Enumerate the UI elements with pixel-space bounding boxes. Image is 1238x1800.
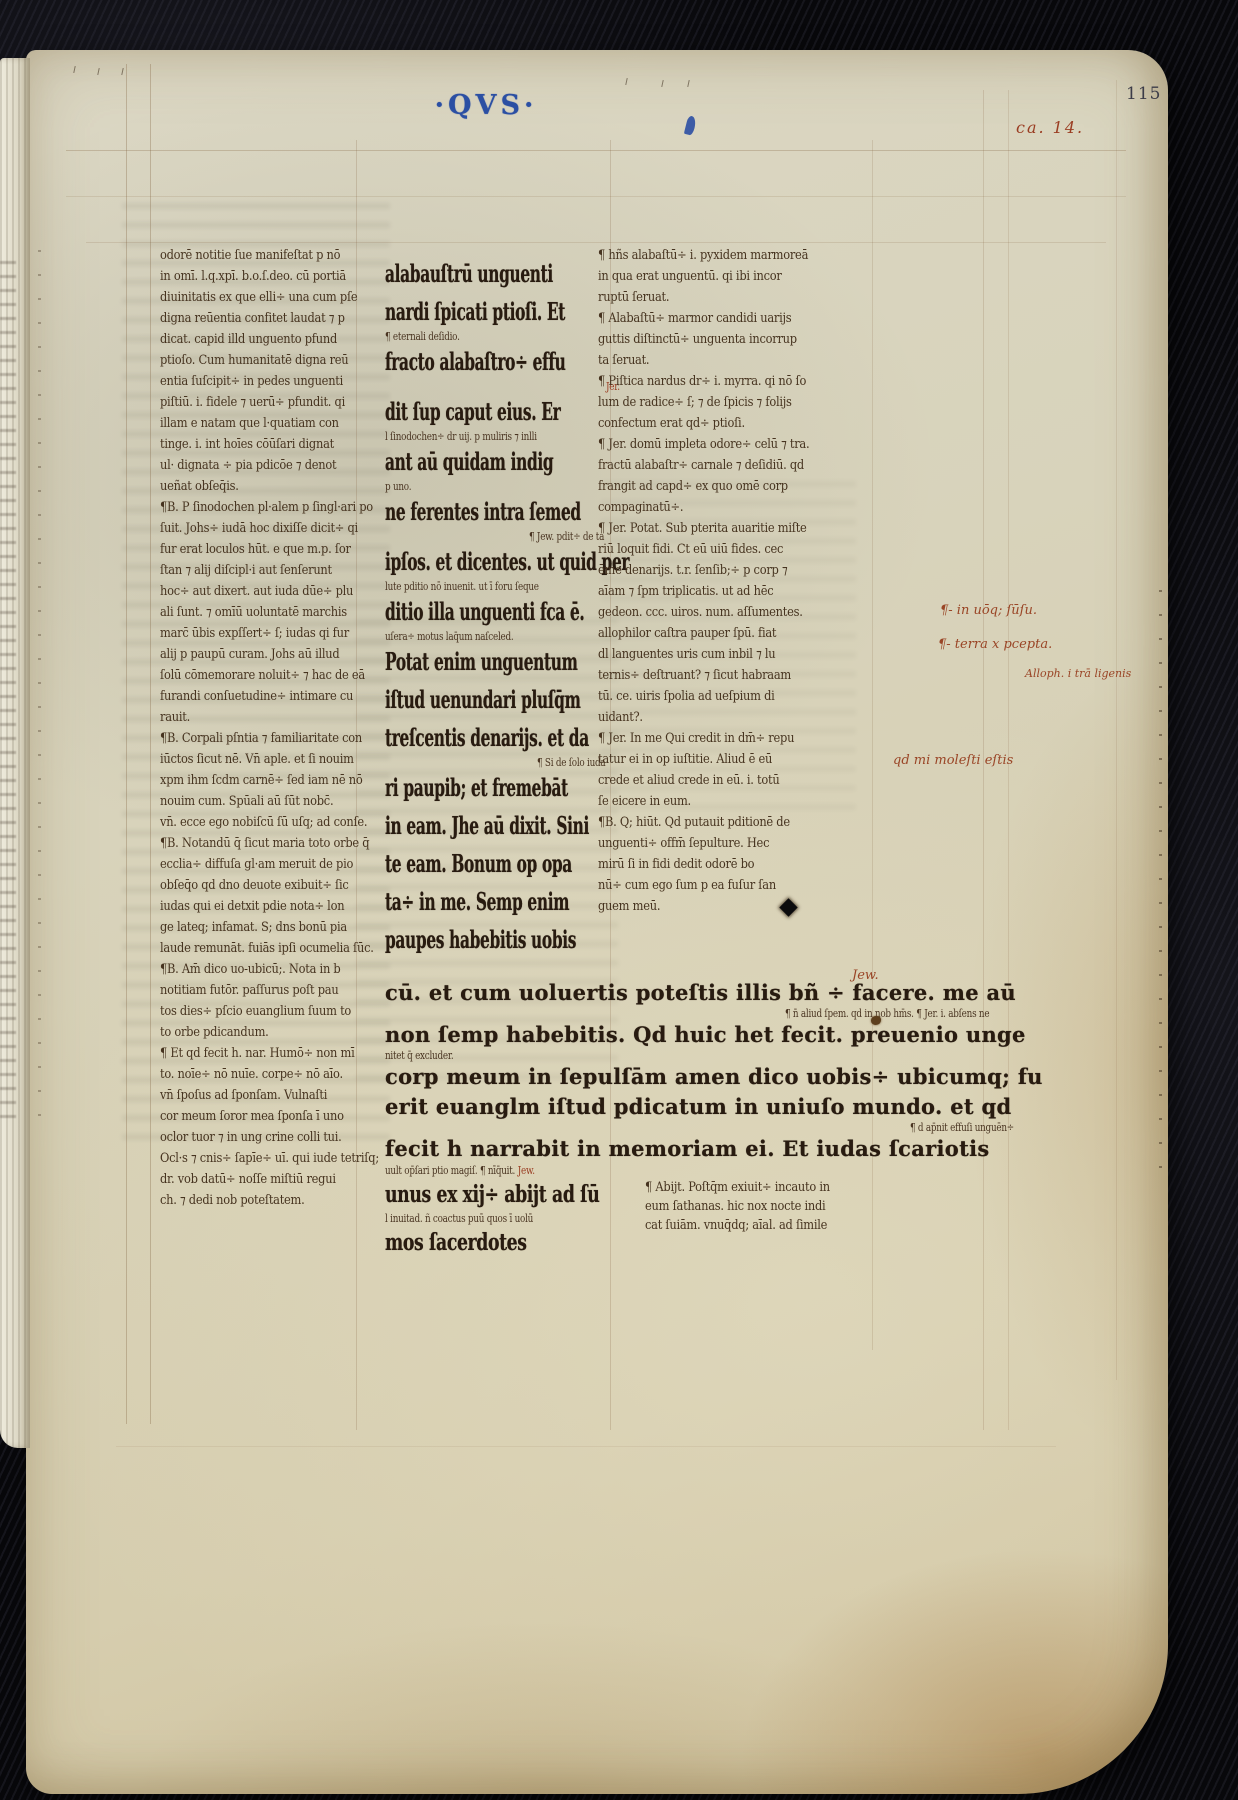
gloss-line: crede et aliud crede in eū. i. totū [598, 770, 848, 791]
ruling-line [150, 64, 151, 1424]
gloss-line: in omī. l.q.xpī. b.o.ſ.deo. cū portiā [160, 266, 388, 287]
interlinear-gloss: ¶ eternali deſidio. [385, 331, 623, 343]
parchment-page: ·qvs· 115 ca. 14. odorē notitie ſue mani… [26, 50, 1168, 1794]
gloss-line: riū loquit fidi. Ct eū uiū fides. cec [598, 539, 848, 560]
main-text-row: lute pditio nō inuenit. ut ī foru ſeque … [385, 581, 623, 631]
bible-text-line: Potat enim unguentum [385, 643, 623, 681]
gloss-line: dr. vob datū÷ noſſe miſtiū regui [160, 1169, 388, 1190]
gloss-line: dicat. capid illd unguento pfund [160, 329, 388, 350]
gloss-line: ¶B. Am̄ dico uo-ubicū;. Nota in b [160, 959, 388, 980]
gloss-line: oclor tuor ⁊ in ung crine colli tui. [160, 1127, 388, 1148]
gloss-line: ¶ Piſtica nardus dr÷ i. myrra. qi nō ſo [598, 371, 848, 392]
gloss-line: ali ſunt. ⁊ omīū uoluntatē marchis [160, 602, 388, 623]
gloss-line: illam e natam que l·quatiam con [160, 413, 388, 434]
interlinear-gloss: Jer. [385, 381, 623, 393]
gloss-line: vn̄ ſpoſus ad ſponſam. Vulnaſti [160, 1085, 388, 1106]
gloss-line: ēme denarijs. t.r. ſenſib;÷ p corp ⁊ [598, 560, 848, 581]
wide-text-row: ¶ d ap̄nit effuſi unguēn÷ fecit h narrab… [385, 1122, 1040, 1164]
gloss-line: hoc÷ aut dixert. aut iuda dūe÷ plu [160, 581, 388, 602]
interlinear-gloss: lute pditio nō inuenit. ut ī foru ſeque [385, 581, 623, 593]
gloss-line: ruptū ſeruat. [598, 287, 848, 308]
gloss-line: ¶ Jer. In me Qui credit in dm̄÷ repu [598, 728, 848, 749]
gloss-line: ſtan ⁊ alij diſcipl·i aut ſenſerunt [160, 560, 388, 581]
gloss-line: to orbe pdicandum. [160, 1022, 388, 1043]
gloss-line: odorē notitie ſue manifeſtat p nō [160, 245, 388, 266]
gloss-line: ecclia÷ diffuſa gl·am meruit de pio [160, 854, 388, 875]
gloss-line: ¶ Jer. domū impleta odore÷ celū ⁊ tra. [598, 434, 848, 455]
main-text-row: ta÷ in me. Semp enim [385, 883, 623, 921]
gloss-line: obſeq̄o qd dno deuote exibuit÷ ſic [160, 875, 388, 896]
gloss-line: allophilor caſtra pauper ſpū. fiat [598, 623, 848, 644]
gloss-line: iudas qui ei detxit pdie nota÷ lon [160, 896, 388, 917]
gloss-line: ul· dignata ÷ pia pdicōe ⁊ denot [160, 455, 388, 476]
gloss-line: ¶ hñs alabaſtū÷ i. pyxidem marmoreā [598, 245, 848, 266]
ruling-tick [661, 80, 663, 87]
wide-text-row: ¶ n̄ aliud ſpem. qd in nob hm̄s. ¶ Jer. … [385, 1008, 1040, 1050]
gloss-line: laude remunāt. fuiās ipſi ocumelia ſūc. [160, 938, 388, 959]
gloss-line: ſe eicere in eum. [598, 791, 848, 812]
gloss-line: tos dies÷ pſcio euanglium ſuum to [160, 1001, 388, 1022]
gloss-line: uidant?. [598, 707, 848, 728]
chapter-mark: ca. 14. [1016, 118, 1084, 137]
interlinear-gloss: p uno. [385, 481, 623, 493]
margin-note: ¶- in uōq; ſūſu. [940, 603, 1037, 618]
gloss-line: guem meū. [598, 896, 848, 917]
blue-paraph-mark [684, 115, 697, 136]
gloss-line: ta ſeruat. [598, 350, 848, 371]
gloss-line: guttis diſtinctū÷ unguenta incorrup [598, 329, 848, 350]
bible-text-line: dit ſup caput eius. Er [385, 393, 623, 431]
ruling-tick [121, 68, 123, 75]
interlinear-gloss: ¶ Si de ſolo iuda [385, 757, 623, 769]
gloss-line: iūctos ſicut nē. Vn̄ aple. et ſi nouim [160, 749, 388, 770]
main-text-row: in eam. Jhe aū dixit. Sini [385, 807, 623, 845]
gloss-line: dl languentes uris cum inbil ⁊ lu [598, 644, 848, 665]
gloss-line: vn̄. ecce ego nobiſcū ſū uſq; ad conſe. [160, 812, 388, 833]
gloss-line: ge lateq; infamat. S; dns bonū pia [160, 917, 388, 938]
bottom-text-row: uult op̄ſari ptio magiſ. ¶ nīq̄uit. Jew.… [385, 1165, 645, 1213]
main-text-row: p uno. ne ferentes intra ſemed [385, 481, 623, 531]
interlinear-gloss: nitet q̄ excluder. [385, 1050, 1040, 1062]
gloss-line: tatur ei in op iuſtitie. Aliud ē eū [598, 749, 848, 770]
ruling-tick [73, 66, 75, 73]
ruling-tick [687, 80, 689, 87]
bible-text-line: fecit h narrabit in memoriam ei. Et iuda… [385, 1134, 1040, 1164]
gloss-line: piſtiū. i. fidele ⁊ uerū÷ pfundit. qi [160, 392, 388, 413]
bible-text-line: iſtud uenundari pluſq̄m [385, 681, 623, 719]
main-text-row: alabauſtrū unguenti [385, 255, 623, 293]
gloss-line: to. noīe÷ nō nuīe. corpe÷ nō aīo. [160, 1064, 388, 1085]
gloss-line: alij p paupū curam. Johs aū illud [160, 644, 388, 665]
main-text-row: ¶ Si de ſolo iuda ri paupib; et fremebāt [385, 757, 623, 807]
gloss-line: unguenti÷ offm̄ ſepulture. Hec [598, 833, 848, 854]
gloss-line: confectum erat qd÷ ptioſi. [598, 413, 848, 434]
gloss-line: marc̄ ūbis expſſert÷ ſ; iudas qi fur [160, 623, 388, 644]
bottom-right-gloss: ¶ Abijt. Poſtq̄m exiuit÷ incauto ineum ſ… [645, 1178, 1015, 1235]
ruling-line [872, 140, 873, 1350]
interlinear-gloss: l ſinodochen÷ dr uij. p muliris ⁊ inlli [385, 431, 623, 443]
margin-note: Alloph. i trā ligenis [1025, 667, 1131, 680]
margin-note: ¶- terra x pcepta. [938, 637, 1052, 652]
interlinear-gloss: ¶ n̄ aliud ſpem. qd in nob hm̄s. ¶ Jer. … [385, 1008, 1040, 1020]
bible-text-line: corp meum in ſepulſām amen dico uobis÷ u… [385, 1062, 1040, 1092]
ruling-tick [625, 78, 627, 85]
gloss-line: ſolū cōmemorare noluit÷ ⁊ hac de eā [160, 665, 388, 686]
bible-text-line: cū. et cum uoluertis poteſtis illis bñ ÷… [385, 978, 1040, 1008]
gloss-line: ¶ Abijt. Poſtq̄m exiuit÷ incauto in [645, 1178, 1015, 1197]
pricking-holes [1159, 590, 1162, 1170]
ruling-line [1116, 80, 1117, 1380]
photograph-of-manuscript: { "header": { "running_title": "·qvs·", … [0, 0, 1238, 1800]
gloss-line: ¶ Alabaſtū÷ marmor candidi uarijs [598, 308, 848, 329]
margin-note: qd mi moleſti eſtis [893, 753, 1013, 768]
ruling-line [66, 150, 1126, 151]
bible-text-line: ri paupib; et fremebāt [385, 769, 623, 807]
gloss-line: ¶ Et qd fecit h. nar. Humō÷ non mī [160, 1043, 388, 1064]
bible-text-line: ditio illa unguenti fca ē. [385, 593, 623, 631]
bottom-text-row: l inuitad. ñ coactus puū quos ī uolū mos… [385, 1213, 645, 1261]
interlinear-gloss: l inuitad. ñ coactus puū quos ī uolū [385, 1213, 645, 1225]
gloss-line: ¶B. P ſinodochen pl·alem p ſingl·ari po [160, 497, 388, 518]
main-text-row: treſcentis denarijs. et da [385, 719, 623, 757]
gloss-line: furandi conſuetudine÷ intimare cu [160, 686, 388, 707]
book-leaf-edges [0, 58, 30, 1448]
bible-text-line: in eam. Jhe aū dixit. Sini [385, 807, 623, 845]
bible-text-line: ne ferentes intra ſemed [385, 493, 623, 531]
bible-text-line: erit euanglm iſtud pdicatum in uniuſo mu… [385, 1092, 1040, 1122]
gloss-line: ¶B. Corpali pſntia ⁊ familiaritate con [160, 728, 388, 749]
main-text-row: paupes habebitis uobis [385, 921, 623, 959]
gloss-line: rauit. [160, 707, 388, 728]
gloss-line: entia ſuſcipit÷ in pedes unguenti [160, 371, 388, 392]
gloss-line: compaginatū÷. [598, 497, 848, 518]
main-text-row: te eam. Bonum op opa [385, 845, 623, 883]
bible-text-line: ta÷ in me. Semp enim [385, 883, 623, 921]
gloss-line: aīam ⁊ ſpm triplicatis. ut ad hēc [598, 581, 848, 602]
interlinear-gloss: ¶ Jew. pdit÷ de ta [385, 531, 623, 543]
gloss-line: gedeon. ccc. uiros. num. aſſumentes. [598, 602, 848, 623]
bible-text-line: paupes habebitis uobis [385, 921, 623, 959]
bible-text-line: fracto alabaſtro÷ effu [385, 343, 623, 381]
gloss-line: fractū alabaſtr÷ carnale ⁊ deſidiū. qd [598, 455, 848, 476]
main-text-row: uſera÷ motus laq̄um naſceled. Potat enim… [385, 631, 623, 681]
main-text-column: alabauſtrū unguenti nardi ſpicati ptioſi… [385, 255, 623, 959]
gloss-line: tinge. i. int hoīes cōūſari dignat [160, 434, 388, 455]
gloss-line: fur erat loculos hūt. e que m.p. ſor [160, 539, 388, 560]
gloss-line: nouim cum. Spūali aū ſūt nobc̄. [160, 791, 388, 812]
gloss-line: nū÷ cum ego ſum p ea fuſur ſan [598, 875, 848, 896]
gloss-line: notitiam futōr. paſſurus poſt pau [160, 980, 388, 1001]
ruling-line [126, 64, 127, 1424]
gloss-line: ch. ⁊ dedi nob poteſtatem. [160, 1190, 388, 1211]
interlinear-gloss: uſera÷ motus laq̄um naſceled. [385, 631, 623, 643]
gloss-line: ternis÷ deſtruant? ⁊ ſicut habraam [598, 665, 848, 686]
gloss-line: ¶ Jer. Potat. Sub pterita auaritie miſte [598, 518, 848, 539]
margin-note: Jew. [852, 968, 879, 983]
bible-text-line: treſcentis denarijs. et da [385, 719, 623, 757]
gloss-line: diuinitatis ex que elli÷ una cum pſe [160, 287, 388, 308]
gloss-line: Ocl·s ⁊ cnis÷ ſapīe÷ uī. qui iude tetriſ… [160, 1148, 388, 1169]
bible-text-line: te eam. Bonum op opa [385, 845, 623, 883]
bottom-text-block: uult op̄ſari ptio magiſ. ¶ nīq̄uit. Jew.… [385, 1165, 645, 1261]
gloss-line: mirū ſi in fidi dedit odorē bo [598, 854, 848, 875]
pricking-holes [38, 250, 41, 1130]
ruling-line [116, 1446, 1056, 1447]
main-text-row: Jer. dit ſup caput eius. Er [385, 381, 623, 431]
wide-text-block: cū. et cum uoluertis poteſtis illis bñ ÷… [385, 978, 1040, 1164]
right-gloss-column: ¶ hñs alabaſtū÷ i. pyxidem marmoreāin qu… [598, 245, 848, 917]
gloss-line: tū. ce. uiris ſpolia ad ueſpium di [598, 686, 848, 707]
gloss-line: cor meum ſoror mea ſponſa ī uno [160, 1106, 388, 1127]
gloss-line: frangit ad capd÷ ex quo omē corp [598, 476, 848, 497]
bible-text-line: ant aū quidam indig [385, 443, 623, 481]
gloss-line: lum de radice÷ ſ; ⁊ de ſpicis ⁊ folijs [598, 392, 848, 413]
main-text-row: ¶ Jew. pdit÷ de ta ipſos. et dicentes. u… [385, 531, 623, 581]
main-text-row: iſtud uenundari pluſq̄m [385, 681, 623, 719]
left-gloss-column: odorē notitie ſue manifeſtat p nōin omī.… [160, 245, 388, 1211]
gloss-line: digna reūentia confitet laudat ⁊ p [160, 308, 388, 329]
gloss-line: ueñat obſeq̄is. [160, 476, 388, 497]
ruling-line [86, 242, 1106, 243]
bible-text-line: nardi ſpicati ptioſi. Et [385, 293, 623, 331]
ruling-line [66, 196, 1126, 197]
bible-text-line: unus ex xij÷ abijt ad ſū [385, 1177, 645, 1213]
bible-text-line: alabauſtrū unguenti [385, 255, 623, 293]
gloss-line: ¶B. Q; hiūt. Qd putauit pditionē de [598, 812, 848, 833]
facing-page-text-edge [0, 258, 16, 1118]
wide-text-row: erit euanglm iſtud pdicatum in uniuſo mu… [385, 1092, 1040, 1122]
gloss-line: ¶B. Notandū q̄ ſicut maria toto orbe q̄ [160, 833, 388, 854]
gloss-line: ſuit. Johs÷ iudā hoc dixiſſe dicit÷ qi [160, 518, 388, 539]
bible-text-line: mos ſacerdotes [385, 1225, 645, 1261]
running-title: ·qvs· [406, 90, 566, 121]
bible-text-line: non ſemp habebitis. Qd huic het fecit. p… [385, 1020, 1040, 1050]
gloss-line: xpm ihm ſcdm carnē÷ ſed iam nē nō [160, 770, 388, 791]
wide-text-row: cū. et cum uoluertis poteſtis illis bñ ÷… [385, 978, 1040, 1008]
main-text-row: l ſinodochen÷ dr uij. p muliris ⁊ inlli … [385, 431, 623, 481]
interlinear-gloss: ¶ d ap̄nit effuſi unguēn÷ [385, 1122, 1040, 1134]
gloss-line: cat ſuiām. vnuq̄dq; aīal. ad ſimile [645, 1216, 1015, 1235]
gloss-line: ptioſo. Cum humanitatē digna reū [160, 350, 388, 371]
main-text-row: ¶ eternali deſidio. fracto alabaſtro÷ ef… [385, 331, 623, 381]
interlinear-gloss: uult op̄ſari ptio magiſ. ¶ nīq̄uit. Jew. [385, 1165, 645, 1177]
main-text-row: nardi ſpicati ptioſi. Et [385, 293, 623, 331]
folio-number: 115 [1126, 84, 1161, 104]
gloss-line: eum ſathanas. hic nox nocte indi [645, 1197, 1015, 1216]
gloss-line: in qua erat unguentū. qi ibi incor [598, 266, 848, 287]
wide-text-row: nitet q̄ excluder. corp meum in ſepulſām… [385, 1050, 1040, 1092]
ruling-tick [97, 68, 99, 75]
bible-text-line: ipſos. et dicentes. ut quid per [385, 543, 623, 581]
